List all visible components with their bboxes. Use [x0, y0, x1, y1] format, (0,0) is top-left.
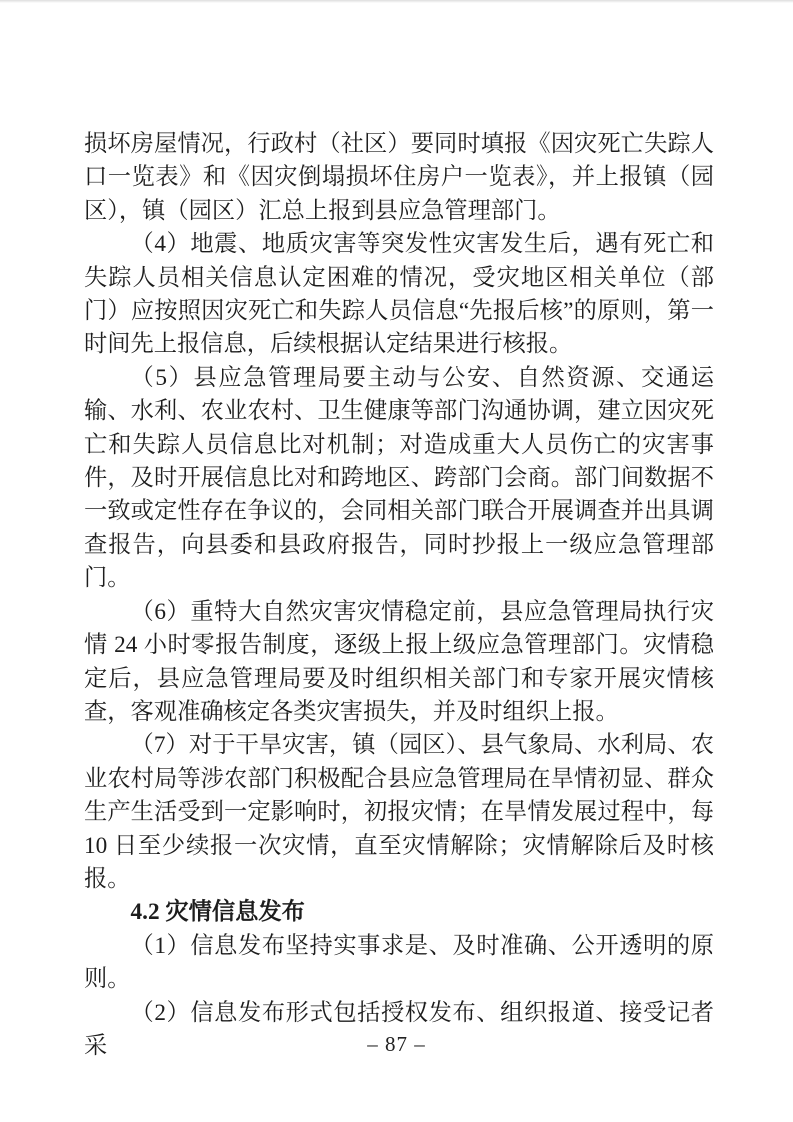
- page-top-shadow: [0, 0, 793, 3]
- paragraph: 损坏房屋情况，行政村（社区）要同时填报《因灾死亡失踪人口一览表》和《因灾倒塌损坏…: [84, 128, 714, 228]
- paragraph: （1）信息发布坚持实事求是、及时准确、公开透明的原则。: [84, 930, 714, 997]
- document-body: 损坏房屋情况，行政村（社区）要同时填报《因灾死亡失踪人口一览表》和《因灾倒塌损坏…: [84, 128, 714, 1063]
- paragraph: （5）县应急管理局要主动与公安、自然资源、交通运输、水利、农业农村、卫生健康等部…: [84, 362, 714, 596]
- paragraph: （4）地震、地质灾害等突发性灾害发生后，遇有死亡和失踪人员相关信息认定困难的情况…: [84, 228, 714, 362]
- section-heading: 4.2 灾情信息发布: [84, 896, 714, 929]
- page-number: – 87 –: [0, 1032, 793, 1057]
- paragraph: （6）重特大自然灾害灾情稳定前，县应急管理局执行灾情 24 小时零报告制度，逐级…: [84, 596, 714, 730]
- paragraph: （7）对于干旱灾害，镇（园区）、县气象局、水利局、农业农村局等涉农部门积极配合县…: [84, 729, 714, 896]
- document-page: 损坏房屋情况，行政村（社区）要同时填报《因灾死亡失踪人口一览表》和《因灾倒塌损坏…: [0, 0, 793, 1122]
